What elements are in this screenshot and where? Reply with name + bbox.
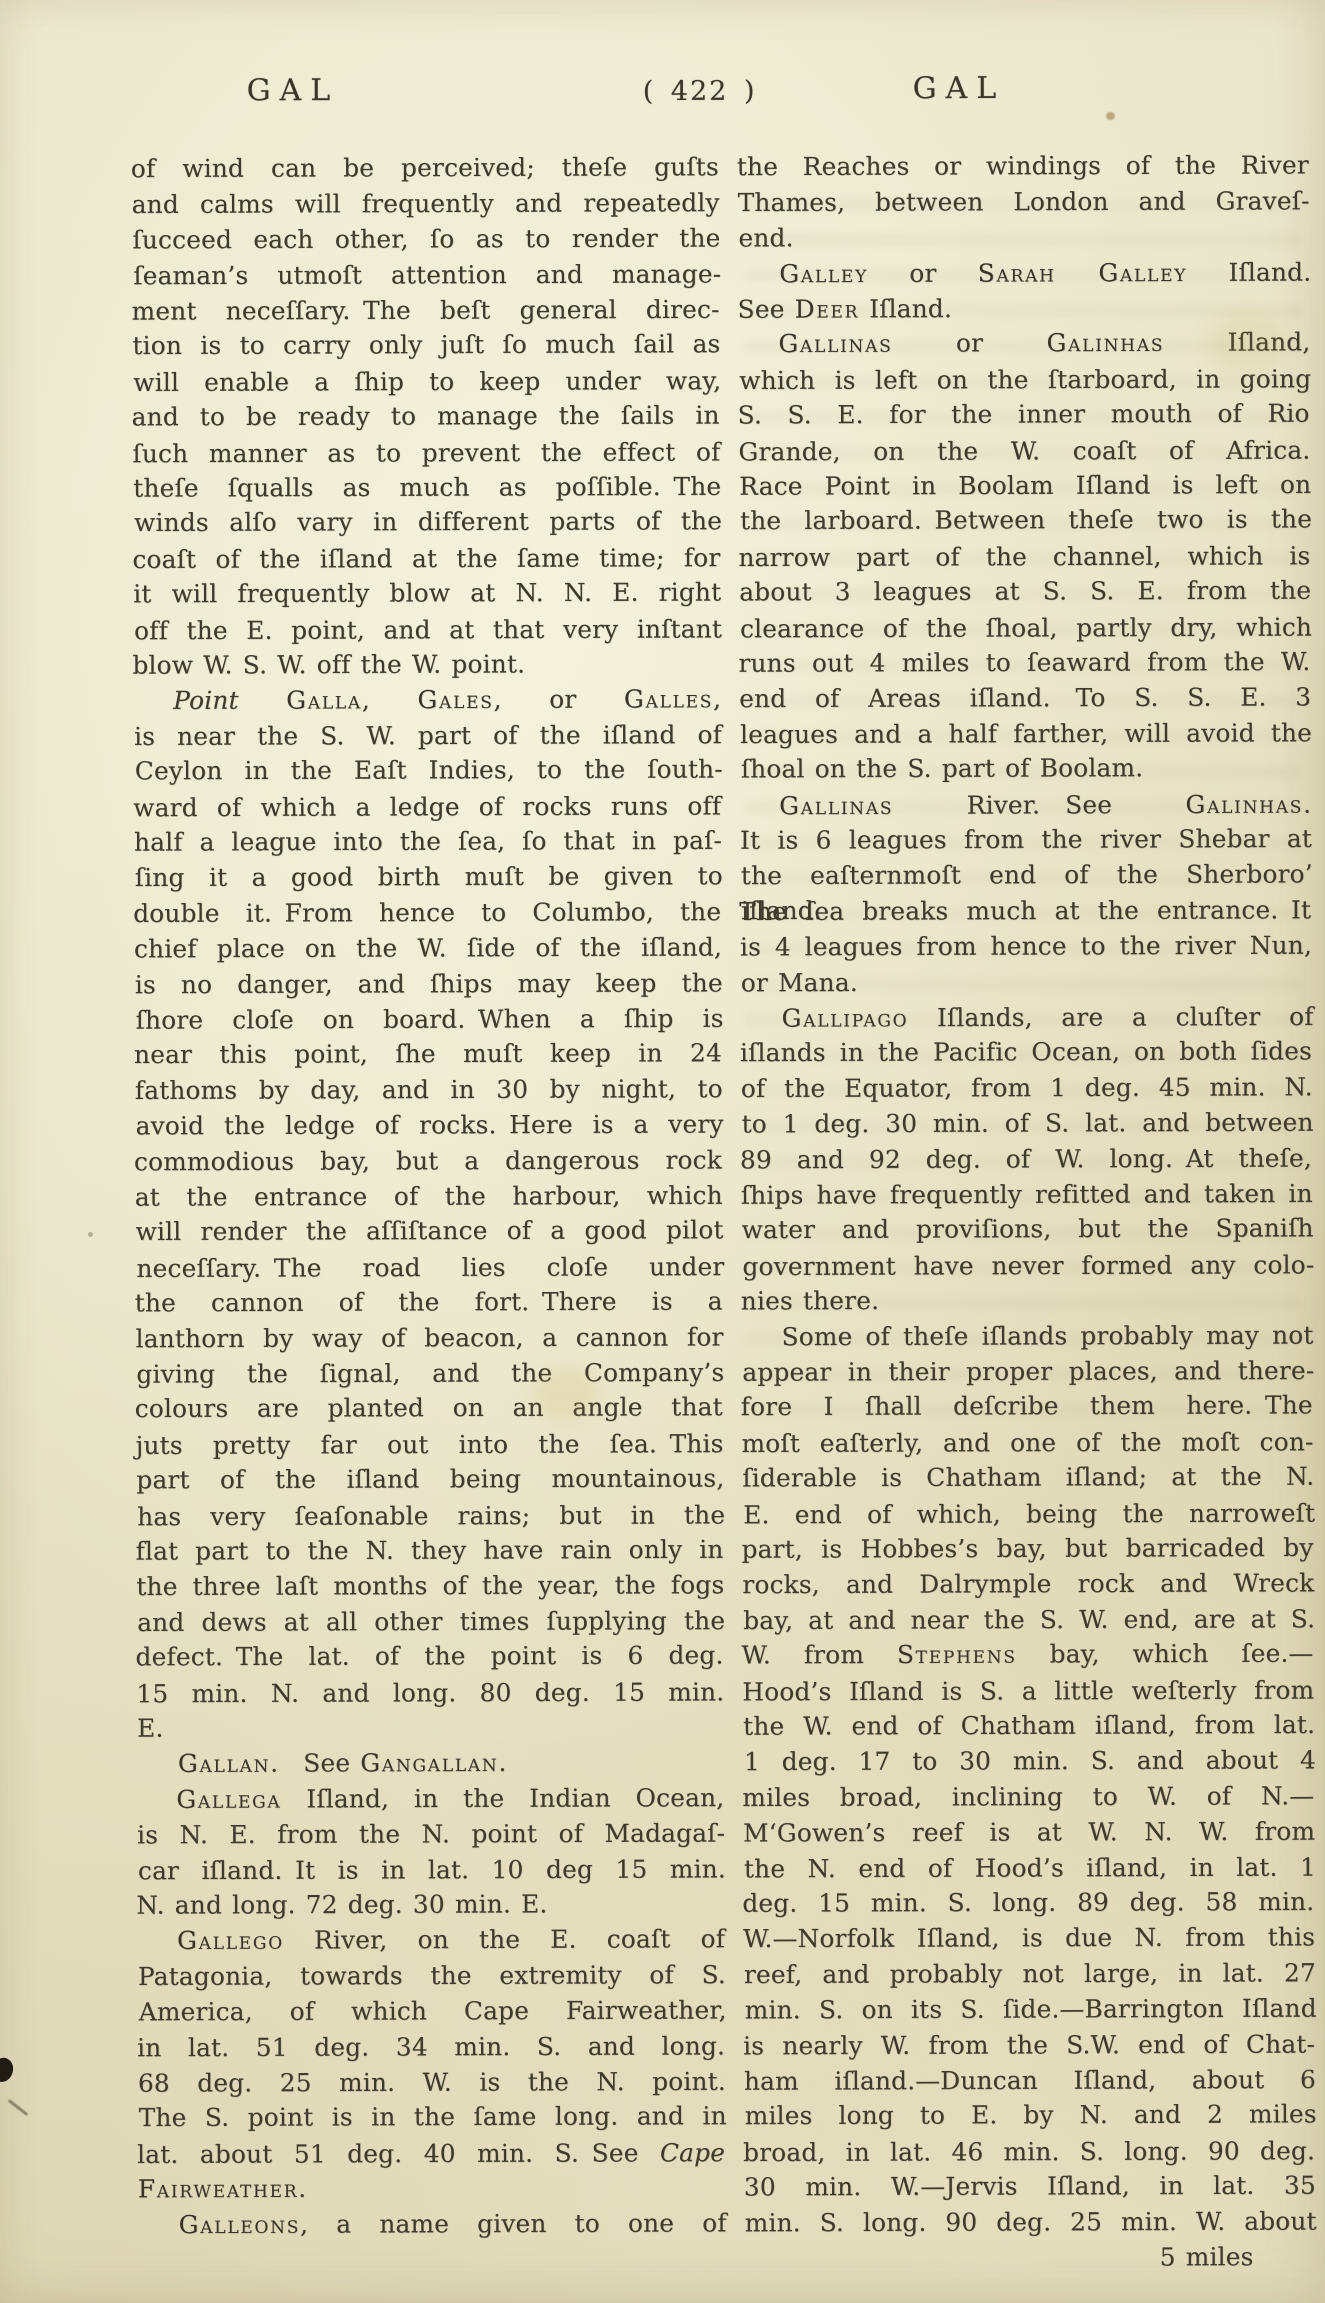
text-run: miles broad, inclining to W. of N.—	[742, 1781, 1314, 1812]
text-run: is no danger, and ſhips may keep the	[135, 968, 723, 999]
text-line: miles long to E. by N. and 2 miles	[745, 2096, 1317, 2133]
catchword: 5 miles	[745, 2239, 1317, 2276]
headword: Galinhas	[1047, 328, 1165, 357]
text-line: neceſſary. The road lies cloſe under	[136, 1249, 724, 1286]
text-run: W.—Norfolk Iſland, is due N. from this	[743, 1922, 1315, 1953]
text-run: min. S. on its S. ſide.—Barrington Iſlan…	[745, 1993, 1317, 2024]
text-run: juts pretty far out into the ſea. This	[136, 1429, 724, 1460]
text-run: in lat. 51 deg. 34 min. S. and long.	[137, 2032, 725, 2063]
text-line: it will frequently blow at N. N. E. righ…	[133, 575, 721, 612]
text-line: car iſland. It is in lat. 10 deg 15 min.	[138, 1851, 726, 1888]
text-line: winds alſo vary in different parts of th…	[134, 504, 722, 541]
text-line: M‘Gowen’s reef is at W. N. W. from	[743, 1813, 1315, 1850]
text-line: E.	[137, 1709, 725, 1746]
text-line: lanthorn by way of beacon, a cannon for	[136, 1320, 724, 1357]
text-line: double it. From hence to Columbo, the	[133, 894, 721, 931]
text-run: N. and long. 72 deg. 30 min. E.	[136, 1890, 547, 1920]
text-line: ment neceſſary. The beſt general direc-	[132, 292, 720, 329]
text-line: near this point, ſhe muſt keep in 24	[134, 1035, 722, 1072]
text-line: ſiderable is Chatham iſland; at the N.	[742, 1459, 1314, 1496]
text-line: rocks, and Dalrymple rock and Wreck	[742, 1565, 1314, 1602]
text-run: ſeaman’s utmoſt attention and manage-	[133, 260, 721, 291]
text-line: chief place on the W. ſide of the iſland…	[134, 929, 722, 966]
text-run: and calms will frequently and repeatedly	[132, 189, 720, 220]
text-run: See	[738, 294, 795, 323]
entry-line: Gallipago Iſlands, are a cluſter of	[742, 998, 1314, 1035]
headword: Gallan	[178, 1748, 270, 1777]
text-line: is no danger, and ſhips may keep the	[135, 965, 723, 1002]
text-line: The ſea breaks much at the entrance. It	[739, 892, 1311, 929]
text-run: part of the iſland being mountainous,	[136, 1464, 724, 1495]
text-line: the Reaches or windings of the River	[737, 147, 1309, 184]
text-line: and to be ready to manage the ſails in	[132, 398, 720, 435]
text-run: miles long to E. by N. and 2 miles	[745, 2099, 1317, 2130]
headword: Sarah Galley	[978, 258, 1187, 288]
text-run: .	[298, 2174, 306, 2203]
text-run: Race Point in Boolam Iſland is left on	[739, 470, 1311, 501]
text-line: end.	[738, 219, 1310, 256]
text-line: and dews at all other times ſupplying th…	[137, 1603, 725, 1640]
text-run: or Mana.	[741, 968, 858, 997]
text-run: 30 min. W.—Jervis Iſland, in lat. 35	[744, 2171, 1316, 2202]
text-line: the W. end of Chatham iſland, from lat.	[743, 1707, 1315, 1744]
text-line: Thames, between London and Graveſ-	[738, 184, 1310, 221]
headword: Gangallan	[360, 1748, 498, 1777]
text-line: W. from Stephens bay, which ſee.—	[741, 1636, 1313, 1673]
text-line: in lat. 51 deg. 34 min. S. and long.	[137, 2029, 725, 2066]
text-run: Iſlands, are a cluſter of	[908, 1001, 1313, 1031]
page-number: ( 422 )	[625, 76, 775, 107]
entry-line: Galleons, a name given to one of	[139, 2206, 727, 2243]
text-line: of wind can be perceived; theſe guſts	[131, 149, 719, 186]
book-page: GAL ( 422 ) GAL of wind can be perceived…	[0, 0, 1325, 2303]
text-run: ſucceed each other, ſo as to render the	[132, 223, 720, 254]
text-line: is N. E. from the N. point of Madagaſ-	[137, 1815, 725, 1852]
text-run: and dews at all other times ſupplying th…	[137, 1606, 725, 1637]
text-line: leagues and a half farther, will avoid t…	[740, 715, 1312, 752]
text-run: ſhoal on the S. part of Boolam.	[741, 754, 1144, 784]
text-line: flat part to the N. they have rain only …	[135, 1532, 723, 1569]
text-run: bay, which ſee.—	[1017, 1639, 1314, 1669]
text-line: ſucceed each other, ſo as to render the	[132, 220, 720, 257]
entry-line: Gallan. See Gangallan.	[138, 1744, 726, 1781]
text-line: the three laſt months of the year, the f…	[136, 1567, 724, 1604]
text-line: and calms will frequently and repeatedly	[132, 186, 720, 223]
text-run: end.	[738, 223, 793, 252]
text-line: moſt eaſterly, and one of the moſt con-	[742, 1424, 1314, 1461]
text-run: clearance of the ſhoal, partly dry, whic…	[740, 612, 1312, 643]
text-run: reef, and probably not large, in lat. 27	[744, 1959, 1316, 1990]
text-run: rocks, and Dalrymple rock and Wreck	[742, 1568, 1314, 1599]
right-column: the Reaches or windings of the RiverTham…	[738, 148, 1317, 2276]
text-run: ſiderable is Chatham iſland; at the N.	[742, 1462, 1314, 1493]
text-run: ſuch manner as to prevent the effect of	[132, 437, 720, 468]
text-run: 68 deg. 25 min. W. is the N. point.	[138, 2066, 726, 2097]
text-run: will render the aſſiſtance of a good pil…	[136, 1215, 724, 1246]
text-run: has very ſeaſonable rains; but in the	[137, 1500, 725, 1531]
text-run: 89 and 92 deg. of W. long. At theſe,	[740, 1144, 1312, 1175]
text-run: appear in their proper places, and there…	[742, 1356, 1314, 1387]
text-line: colours are planted on an angle that	[135, 1390, 723, 1427]
text-line: the larboard. Between theſe two is the	[740, 502, 1312, 539]
text-line: ſeaman’s utmoſt attention and manage-	[133, 257, 721, 294]
text-line: to 1 deg. 30 min. of S. lat. and between	[742, 1104, 1314, 1141]
headword: Stephens	[897, 1640, 1017, 1669]
text-line: min. S. on its S. ſide.—Barrington Iſlan…	[745, 1990, 1317, 2027]
running-title-right: GAL	[913, 71, 1006, 106]
headword: Galley	[779, 259, 868, 288]
text-run: blow W. S. W. off the W. point.	[132, 650, 525, 680]
text-run: Patagonia, towards the extremity of S.	[138, 1960, 726, 1991]
italic-text: Point	[173, 685, 286, 714]
text-line: the eaſternmoſt end of the Sherboro’ iſl…	[741, 856, 1313, 893]
text-run: Some of theſe iſlands probably may not	[782, 1321, 1314, 1352]
text-line: has very ſeaſonable rains; but in the	[137, 1497, 725, 1534]
text-run: off the E. point, and at that very inſta…	[134, 614, 722, 645]
text-run: giving the ſignal, and the Company’s	[136, 1358, 724, 1389]
entry-line: Galley or Sarah Galley Iſland.	[739, 255, 1311, 292]
headword: Gallinas	[778, 329, 892, 358]
entry-line: Some of theſe iſlands probably may not	[742, 1318, 1314, 1355]
text-line: water and proviſions, but the Spaniſh	[742, 1210, 1314, 1247]
text-run: Hood’s Iſland is S. a little weſterly fr…	[742, 1675, 1314, 1706]
text-run: W. from	[741, 1640, 896, 1669]
text-run: E.	[137, 1714, 163, 1743]
text-run: of wind can be perceived; theſe guſts	[131, 152, 719, 183]
text-line: part, is Hobbes’s bay, but barricaded by	[741, 1530, 1313, 1567]
text-line: fore I ſhall deſcribe them here. The	[741, 1388, 1313, 1425]
text-run: about 3 leagues at S. S. E. from the	[739, 576, 1311, 607]
text-line: off the E. point, and at that very inſta…	[134, 611, 722, 648]
text-run: . See	[270, 1748, 360, 1777]
text-run: America, of which Cape Fairweather,	[139, 1995, 727, 2026]
text-run: ſing it a good birth muſt be given to	[135, 861, 723, 892]
headword: Gallega	[176, 1785, 281, 1814]
text-line: broad, in lat. 46 min. S. long. 90 deg.	[743, 2133, 1315, 2170]
text-run: ,	[713, 684, 721, 713]
text-run: flat part to the N. they have rain only …	[136, 1535, 724, 1566]
page-sheet: GAL ( 422 ) GAL of wind can be perceived…	[0, 0, 1325, 2303]
text-line: runs out 4 miles to ſeaward from the W.	[738, 644, 1310, 681]
text-run: The S. point is in the ſame long. and in	[139, 2101, 727, 2132]
text-line: theſe ſqualls as much as poſſible. The	[133, 469, 721, 506]
text-line: is 4 leagues from hence to the river Nun…	[740, 927, 1312, 964]
headword: Deer	[795, 294, 860, 323]
text-run: Iſland.	[859, 294, 952, 323]
text-run: 5 miles	[1160, 2242, 1254, 2271]
text-line: E. end of which, being the narroweſt	[743, 1495, 1315, 1532]
text-run: the larboard. Between theſe two is the	[740, 505, 1312, 536]
text-run: leagues and a half farther, will avoid t…	[740, 718, 1312, 749]
text-run: or	[868, 259, 978, 288]
text-run: It is 6 leagues from the river Shebar at	[740, 824, 1312, 855]
text-run: the W. end of Chatham iſland, from lat.	[743, 1710, 1315, 1741]
text-line: 15 min. N. and long. 80 deg. 15 min.	[136, 1674, 724, 1711]
text-line: tion is to carry only juſt ſo much ſail …	[132, 326, 720, 363]
text-line: is nearly W. from the S.W. end of Chat-	[743, 2027, 1315, 2064]
text-run: ſhore cloſe on board. When a ſhip is	[136, 1003, 724, 1034]
headword: Gales	[417, 684, 493, 713]
text-line: part of the iſland being mountainous,	[136, 1461, 724, 1498]
text-run: defect. The lat. of the point is 6 deg.	[135, 1641, 723, 1672]
text-run: the three laſt months of the year, the f…	[136, 1570, 724, 1601]
text-run: double it. From hence to Columbo, the	[133, 897, 721, 928]
text-line: iſlands in the Pacific Ocean, on both ſi…	[740, 1033, 1312, 1070]
headword: Galleons	[179, 2210, 301, 2239]
text-line: Fairweather.	[138, 2169, 726, 2206]
text-line: Race Point in Boolam Iſland is left on	[739, 467, 1311, 504]
text-line: half a league into the ſea, ſo that in p…	[134, 823, 722, 860]
text-line: bay, at and near the S. W. end, are at S…	[743, 1601, 1315, 1638]
text-run: near this point, ſhe muſt keep in 24	[134, 1038, 722, 1069]
text-line: which is left on the ſtarboard, in going	[739, 361, 1311, 398]
text-run: .	[498, 1748, 506, 1777]
text-line: ham iſland.—Duncan Iſland, about 6	[744, 2062, 1316, 2099]
text-line: It is 6 leagues from the river Shebar at	[740, 821, 1312, 858]
text-run: tion is to carry only juſt ſo much ſail …	[132, 329, 720, 360]
entry-line: Gallinas River. See Galinhas.	[739, 786, 1311, 823]
text-run: , a name given to one of	[300, 2209, 727, 2239]
text-run: ſhips have frequently refitted and taken…	[741, 1179, 1313, 1210]
text-run: is N. E. from the N. point of Madagaſ-	[137, 1818, 725, 1849]
left-column: of wind can be perceived; theſe guſtsand…	[132, 150, 727, 2243]
text-run: Thames, between London and Graveſ-	[738, 187, 1310, 218]
text-run: end of Areas iſland. To S. S. E. 3	[739, 682, 1311, 713]
text-run: ham iſland.—Duncan Iſland, about 6	[744, 2065, 1316, 2096]
text-run: 1 deg. 17 to 30 min. S. and about 4	[744, 1745, 1316, 1776]
headword: Fairweather	[138, 2174, 298, 2204]
text-run: the N. end of Hood’s iſland, in lat. 1	[744, 1853, 1316, 1884]
running-title-left: GAL	[247, 73, 340, 108]
text-run: is nearly W. from the S.W. end of Chat-	[743, 2030, 1315, 2061]
text-line: of the Equator, from 1 deg. 45 min. N.	[741, 1070, 1313, 1107]
text-run: E. end of which, being the narroweſt	[743, 1498, 1315, 1529]
text-line: blow W. S. W. off the W. point.	[132, 646, 720, 683]
text-run: River. See	[893, 790, 1185, 820]
text-run: runs out 4 miles to ſeaward from the W.	[738, 647, 1310, 678]
text-run: deg. 15 min. S. long. 89 deg. 58 min.	[742, 1887, 1314, 1918]
text-run: it will frequently blow at N. N. E. righ…	[133, 578, 721, 609]
page-header: GAL ( 422 ) GAL	[0, 0, 1321, 2]
text-line: government have never formed any colo-	[742, 1247, 1314, 1284]
text-run: min. S. long. 90 deg. 25 min. W. about	[745, 2207, 1317, 2238]
text-line: ſing it a good birth muſt be given to	[135, 858, 723, 895]
text-line: end of Areas iſland. To S. S. E. 3	[739, 679, 1311, 716]
text-line: clearance of the ſhoal, partly dry, whic…	[740, 609, 1312, 646]
text-run: lat. about 51 deg. 40 min. S. See	[137, 2138, 660, 2169]
text-run: coaſt of the iſland at the ſame time; fo…	[132, 543, 720, 574]
headword: Gallego	[177, 1925, 284, 1954]
text-run: Ceylon in the Eaſt Indies, to the ſouth-	[135, 755, 723, 786]
text-line: See Deer Iſland.	[738, 290, 1310, 327]
text-line: Patagonia, towards the extremity of S.	[138, 1957, 726, 1994]
text-run: chief place on the W. ſide of the iſland…	[134, 932, 722, 963]
text-line: ward of which a ledge of rocks runs off	[133, 788, 721, 825]
headword: Galla	[286, 685, 362, 714]
text-line: W.—Norfolk Iſland, is due N. from this	[743, 1919, 1315, 1956]
text-line: fathoms by day, and in 30 by night, to	[135, 1071, 723, 1108]
text-line: lat. about 51 deg. 40 min. S. See Cape	[137, 2135, 725, 2172]
text-run: moſt eaſterly, and one of the moſt con-	[742, 1427, 1314, 1458]
text-line: coaſt of the iſland at the ſame time; fo…	[132, 540, 720, 577]
text-run: Grande, on the W. coaſt of Africa.	[738, 435, 1310, 466]
text-line: about 3 leagues at S. S. E. from the	[739, 573, 1311, 610]
text-run: lanthorn by way of beacon, a cannon for	[136, 1323, 724, 1354]
text-line: reef, and probably not large, in lat. 27	[744, 1956, 1316, 1993]
text-line: the N. end of Hood’s iſland, in lat. 1	[744, 1850, 1316, 1887]
text-line: Grande, on the W. coaſt of Africa.	[738, 432, 1310, 469]
text-run: water and proviſions, but the Spaniſh	[742, 1213, 1314, 1244]
text-run: part, is Hobbes’s bay, but barricaded by	[742, 1533, 1314, 1564]
text-run: S. S. E. for the inner mouth of Rio	[738, 399, 1310, 430]
text-run: is 4 leagues from hence to the river Nun…	[740, 930, 1312, 961]
text-run: winds alſo vary in different parts of th…	[134, 507, 722, 538]
text-line: giving the ſignal, and the Company’s	[136, 1355, 724, 1392]
text-line: N. and long. 72 deg. 30 min. E.	[136, 1886, 724, 1923]
text-run: fathoms by day, and in 30 by night, to	[135, 1074, 723, 1105]
text-line: the cannon of the fort. There is a	[135, 1284, 723, 1321]
italic-text: Cape	[660, 2138, 725, 2167]
text-run: and to be ready to manage the ſails in	[132, 401, 720, 432]
text-line: at the entrance of the harbour, which	[135, 1177, 723, 1214]
text-line: deg. 15 min. S. long. 89 deg. 58 min.	[742, 1884, 1314, 1921]
text-run: commodious bay, but a dangerous rock	[134, 1146, 722, 1177]
entry-line: Gallego River, on the E. coaſt of	[137, 1921, 725, 1958]
text-line: ſuch manner as to prevent the effect of	[132, 434, 720, 471]
text-line: is near the S. W. part of the iſland of	[134, 717, 722, 754]
text-run: bay, at and near the S. W. end, are at S…	[743, 1604, 1315, 1635]
text-run: 15 min. N. and long. 80 deg. 15 min.	[136, 1677, 724, 1708]
text-run: fore I ſhall deſcribe them here. The	[741, 1391, 1313, 1422]
text-line: miles broad, inclining to W. of N.—	[742, 1778, 1314, 1815]
text-run: or	[892, 328, 1046, 357]
text-run: iſlands in the Pacific Ocean, on both ſi…	[740, 1036, 1312, 1067]
entry-line: Point Galla, Gales, or Galles,	[133, 681, 721, 718]
text-run: Iſland.	[1187, 258, 1311, 287]
text-run: , or	[494, 684, 624, 713]
headword: Gallinas	[779, 791, 893, 820]
text-run: The ſea breaks much at the entrance. It	[739, 895, 1311, 926]
text-run: ment neceſſary. The beſt general direc-	[132, 295, 720, 326]
text-line: The S. point is in the ſame long. and in	[139, 2098, 727, 2135]
entry-line: Gallega Iſland, in the Indian Ocean,	[136, 1780, 724, 1817]
headword: Gallipago	[782, 1003, 909, 1032]
text-line: 89 and 92 deg. of W. long. At theſe,	[740, 1141, 1312, 1178]
text-line: America, of which Cape Fairweather,	[139, 1992, 727, 2029]
text-line: appear in their proper places, and there…	[742, 1353, 1314, 1390]
text-line: juts pretty far out into the ſea. This	[136, 1426, 724, 1463]
text-run: is near the S. W. part of the iſland of	[134, 720, 722, 751]
text-run: broad, in lat. 46 min. S. long. 90 deg.	[743, 2136, 1315, 2167]
text-line: S. S. E. for the inner mouth of Rio	[738, 396, 1310, 433]
text-run: colours are planted on an angle that	[135, 1393, 723, 1424]
text-run: avoid the ledge of rocks. Here is a very	[136, 1109, 724, 1140]
text-line: Ceylon in the Eaſt Indies, to the ſouth-	[135, 752, 723, 789]
text-run: ,	[362, 685, 418, 714]
text-line: ſhoal on the S. part of Boolam.	[741, 750, 1313, 787]
text-line: 68 deg. 25 min. W. is the N. point.	[138, 2063, 726, 2100]
text-line: min. S. long. 90 deg. 25 min. W. about	[745, 2204, 1317, 2241]
text-run: Iſland, in the Indian Ocean,	[281, 1783, 724, 1813]
text-run: of the Equator, from 1 deg. 45 min. N.	[741, 1073, 1313, 1104]
text-line: ſhore cloſe on board. When a ſhip is	[136, 1000, 724, 1037]
text-run: which is left on the ſtarboard, in going	[739, 364, 1311, 395]
text-line: Hood’s Iſland is S. a little weſterly fr…	[742, 1672, 1314, 1709]
text-line: or Mana.	[741, 964, 1313, 1001]
text-run: nies there.	[741, 1286, 879, 1315]
text-run: .	[1303, 789, 1311, 818]
text-line: will enable a ſhip to keep under way,	[133, 363, 721, 400]
text-line: 1 deg. 17 to 30 min. S. and about 4	[744, 1742, 1316, 1779]
text-line: ſhips have frequently refitted and taken…	[741, 1176, 1313, 1213]
text-run: M‘Gowen’s reef is at W. N. W. from	[743, 1816, 1315, 1847]
text-run: government have never formed any colo-	[742, 1250, 1314, 1281]
text-run: to 1 deg. 30 min. of S. lat. and between	[742, 1107, 1314, 1138]
text-run: the Reaches or windings of the River	[737, 150, 1309, 181]
text-run: ward of which a ledge of rocks runs off	[133, 791, 721, 822]
text-line: 30 min. W.—Jervis Iſland, in lat. 35	[744, 2168, 1316, 2205]
text-line: will render the aſſiſtance of a good pil…	[136, 1212, 724, 1249]
text-line: defect. The lat. of the point is 6 deg.	[135, 1638, 723, 1675]
text-run: half a league into the ſea, ſo that in p…	[134, 826, 722, 857]
text-line: narrow part of the channel, which is	[738, 538, 1310, 575]
text-run: Iſland,	[1164, 328, 1310, 357]
text-line: avoid the ledge of rocks. Here is a very	[136, 1106, 724, 1143]
text-run: at the entrance of the harbour, which	[135, 1180, 723, 1211]
text-run: the cannon of the fort. There is a	[135, 1287, 723, 1318]
text-run: River, on the E. coaſt of	[284, 1924, 725, 1954]
text-run: narrow part of the channel, which is	[738, 541, 1310, 572]
text-line: nies there.	[741, 1282, 1313, 1319]
entry-line: Gallinas or Galinhas Iſland,	[738, 325, 1310, 362]
text-run: will enable a ſhip to keep under way,	[133, 366, 721, 397]
headword: Galinhas	[1185, 789, 1303, 818]
text-line: commodious bay, but a dangerous rock	[134, 1143, 722, 1180]
text-run: neceſſary. The road lies cloſe under	[136, 1252, 724, 1283]
text-run: theſe ſqualls as much as poſſible. The	[133, 472, 721, 503]
text-run: car iſland. It is in lat. 10 deg 15 min.	[138, 1854, 726, 1885]
headword: Galles	[624, 684, 713, 713]
